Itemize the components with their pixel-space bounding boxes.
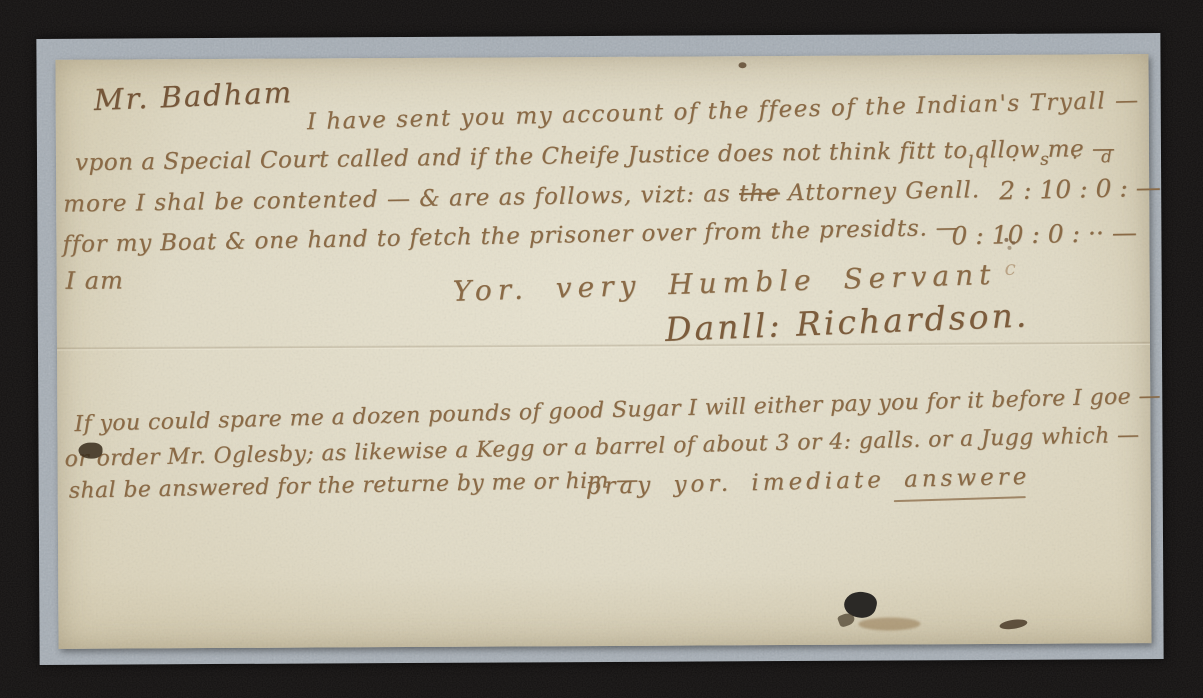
postscript-request: pray yor. imediate answere: [585, 464, 1030, 500]
backing-sheet: Mr. Badham I have sent you my account of…: [36, 33, 1163, 665]
salutation: Mr. Badham: [93, 75, 294, 117]
ink-blot-small: [999, 618, 1028, 631]
ink-smudge: [858, 617, 920, 630]
body-line-3-pre: more I shal be contented — & are as foll…: [63, 181, 739, 218]
ink-blot-postscript: [78, 443, 102, 459]
stray-ink-mark: c: [1005, 256, 1016, 280]
body-line-3: more I shal be contented — & are as foll…: [63, 177, 980, 217]
manuscript-paper: Mr. Badham I have sent you my account of…: [55, 54, 1151, 649]
body-line-4: ffor my Boat & one hand to fetch the pri…: [62, 215, 959, 258]
crossed-out-word: the: [739, 180, 780, 207]
ink-speck-cluster: [1004, 238, 1008, 242]
fee-amount-2: 0 : 10 : 0 : ·· —: [951, 218, 1137, 251]
body-line-3-post: Attorney Genll.: [780, 177, 981, 206]
postscript-line-3: shal be answered for the returne by me o…: [69, 468, 639, 504]
ink-speck-top: [739, 62, 747, 68]
signature: Danll: Richardson.: [664, 295, 1030, 349]
body-line-2: vpon a Special Court called and if the C…: [75, 136, 1116, 177]
underline-stroke: [894, 496, 1026, 502]
valediction-intro: I am: [66, 266, 124, 294]
fold-crease: [57, 341, 1150, 351]
body-line-1: I have sent you my account of the ffees …: [307, 87, 1140, 135]
photo-background: Mr. Badham I have sent you my account of…: [0, 0, 1203, 698]
fee-amount-1: 2 : 10 : 0 : —: [999, 173, 1161, 206]
